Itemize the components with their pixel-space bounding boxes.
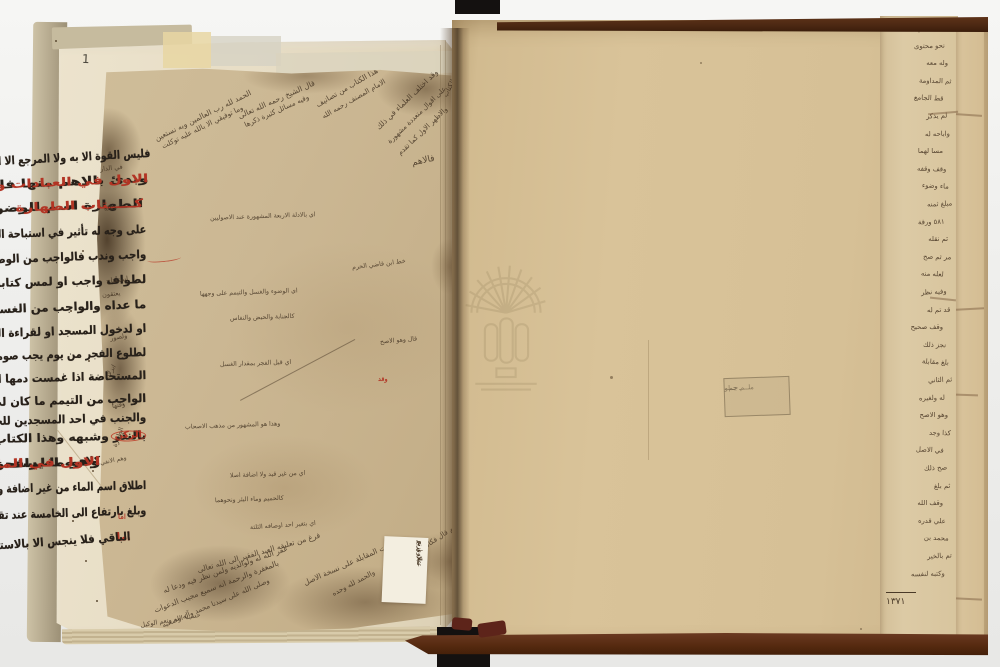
crack-line (956, 597, 982, 600)
left-marginal-note: اما (118, 514, 126, 521)
speck (700, 62, 702, 64)
left-marginal-note: ولصور (110, 333, 128, 342)
fore-edge-note: لعله منه (921, 270, 944, 279)
fore-edge-note: في الاصل (916, 446, 944, 455)
bottom-marginal-note: والحمد لله وحده (331, 569, 376, 597)
left-marginal-note: الطهارة (112, 426, 125, 448)
speck (610, 376, 613, 379)
fore-edge-note: مر ثم صح (923, 252, 951, 261)
left-marginal-note: يعتقون (102, 290, 121, 298)
fore-edge-note: ثم بلغ (934, 481, 951, 489)
book-clamp-top (455, 0, 500, 14)
fore-edge-note: ٥٨١ ورقة (918, 217, 945, 226)
watermark-emblem (458, 262, 554, 398)
fore-edge-note: واباحه له (925, 129, 950, 138)
fore-edge-note: ثم الثاني (928, 375, 953, 384)
fore-edge-note: صح ذلك (924, 463, 948, 472)
fore-edge-note: قد تم له (927, 305, 950, 314)
fore-edge-note: ثم نقله (928, 235, 948, 243)
leather-bottom-edge (405, 633, 988, 657)
page-stack-line (440, 45, 441, 625)
top-marginal-note: فالاهم (411, 155, 435, 169)
library-stamp: ملــم جــلو ـ جم ـ (723, 376, 790, 417)
left-marginal-note: في الدار (100, 164, 123, 173)
fore-edge-note: وله معه (926, 59, 948, 67)
fore-edge-note: وقف وقفه (917, 164, 947, 173)
fore-edge-note: ماء وضوء (922, 182, 949, 191)
fore-edge-note: وهو الاصح (920, 411, 948, 419)
left-marginal-note: انزلاد (104, 364, 117, 379)
fore-edge-rule (886, 592, 916, 593)
fore-edge-blank-strip (956, 22, 984, 648)
stamp-line: ـ جم ـ (725, 384, 742, 393)
fore-edge-number: ١٣٧١ (886, 597, 905, 607)
fore-edge-note: علي قدره (918, 516, 946, 525)
left-marginal-note: مئاله (104, 204, 118, 212)
leather-corner-tab (452, 617, 473, 631)
fore-edge-note: تم بالخير (927, 551, 952, 560)
fore-edge-note: قط الجامع (914, 94, 944, 103)
fore-edge-note: مسا لهما (918, 147, 943, 155)
label-slip-line: مبلاوي نو (412, 540, 427, 565)
fore-edge-note: مبلغ ثمنه (927, 199, 953, 208)
crack-line (956, 394, 978, 396)
label-slip: عنان وزير علاد ارنح مبلاوي نو (382, 536, 429, 604)
crease-line (648, 340, 649, 460)
speck (860, 628, 862, 630)
bottom-marginal-note: تمت المقابلة على نسخة الاصل (303, 541, 394, 587)
fore-edge-note: وكتبه لنفسه (911, 569, 945, 578)
fore-edge-note: بلغ مقابلة (922, 358, 949, 367)
page-stack-line (445, 40, 446, 630)
leather-right-edge (981, 24, 1000, 646)
fore-edge-note: محمد بن (924, 534, 949, 543)
left-marginal-note: وقتها (112, 401, 126, 409)
crack-line (956, 113, 982, 116)
fore-edge-note: نحو محتوى (914, 41, 945, 50)
left-marginal-note: استفتاح (106, 276, 129, 285)
fore-edge-note: له ولغيره (919, 393, 945, 402)
manuscript-photo: 1 فليس القوة الا به ولا المرجع الا اليه … (0, 0, 1000, 667)
crack-line (956, 307, 984, 310)
fore-edge-note: نجز ذلك (923, 341, 946, 350)
fore-edge-note: كذا وجد (929, 429, 951, 438)
fore-edge-note: وفيه نظر (921, 287, 947, 296)
fore-edge-note: ثم المداومة (918, 76, 951, 85)
left-marginal-note: وهم الانفي (100, 455, 127, 466)
fore-edge-note: وقف صحيح (911, 323, 943, 331)
fore-edge-note: وقف الله (917, 499, 943, 507)
